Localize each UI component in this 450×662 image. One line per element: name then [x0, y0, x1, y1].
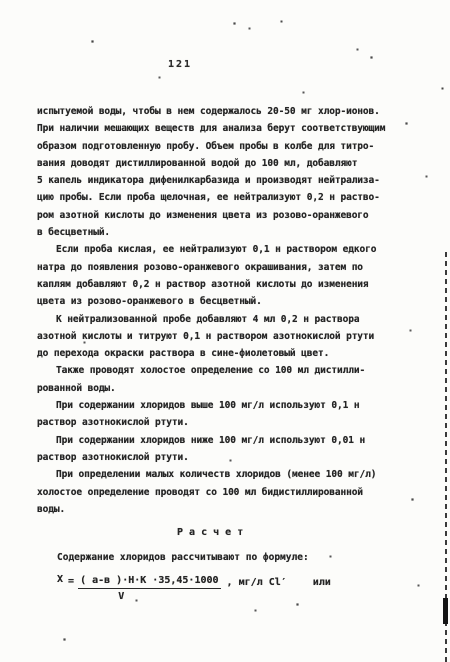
formula-intro: Содержание хлоридов рассчитывают по форм… — [57, 552, 309, 563]
text-line: натра до появления розово-оранжевого окр… — [37, 259, 399, 276]
formula-denominator: V — [118, 590, 124, 603]
text-line: ром азотной кислоты до изменения цвета и… — [37, 207, 399, 224]
section-header: Р а с ч е т — [177, 527, 243, 538]
formula-equals: = — [68, 576, 74, 587]
text-line: испытуемой воды, чтобы в нем содержалось… — [37, 103, 399, 120]
text-line: образом подготовленную пробу. Объем проб… — [37, 138, 399, 155]
text-line: При содержании хлоридов выше 100 мг/л ис… — [37, 397, 399, 414]
text-line: холостое определение проводят со 100 мл … — [37, 484, 399, 501]
text-line: При содержании хлоридов ниже 100 мг/л ис… — [37, 432, 399, 449]
text-line: воды. — [37, 501, 399, 518]
page-number: 121 — [168, 59, 192, 70]
text-line: азотной кислоты и титруют 0,1 н растворо… — [37, 328, 399, 345]
formula-fraction: ( а-в )·Н·К ·35,45·1000 V — [78, 574, 220, 603]
formula-units: , мг/л Сl′ — [227, 577, 287, 588]
formula-lhs: Х — [57, 574, 63, 585]
text-line: каплям добавляют 0,2 н раствор азотной к… — [37, 276, 399, 293]
text-line: цию пробы. Если проба щелочная, ее нейтр… — [37, 189, 399, 206]
text-line: цвета из розово-оранжевого в бесцветный. — [37, 293, 399, 310]
text-line: При наличии мешающих веществ для анализа… — [37, 120, 399, 137]
chloride-formula: Х = ( а-в )·Н·К ·35,45·1000 V , мг/л Сl′… — [57, 574, 331, 603]
text-line: Также проводят холостое определение со 1… — [37, 362, 399, 379]
text-line: в бесцветный. — [37, 224, 399, 241]
text-line: При определении малых количеств хлоридов… — [37, 466, 399, 483]
text-line: до перехода окраски раствора в сине-фиол… — [37, 345, 399, 362]
text-line: Если проба кислая, ее нейтрализуют 0,1 н… — [37, 241, 399, 258]
text-line: 5 капель индикатора дифенилкарбазида и п… — [37, 172, 399, 189]
formula-or-label: или — [313, 577, 331, 588]
text-line: вания доводят дистиллированной водой до … — [37, 155, 399, 172]
text-line: раствор азотнокислой ртути. — [37, 414, 399, 431]
body-text: испытуемой воды, чтобы в нем содержалось… — [37, 103, 399, 518]
document-page: 121 испытуемой воды, чтобы в нем содержа… — [0, 0, 450, 662]
text-line: рованной воды. — [37, 380, 399, 397]
text-line: К нейтрализованной пробе добавляют 4 мл … — [37, 311, 399, 328]
scan-noise-speckles — [0, 0, 1, 1]
formula-numerator: ( а-в )·Н·К ·35,45·1000 — [78, 574, 220, 589]
scan-edge-mark — [443, 598, 448, 624]
text-line: раствор азотнокислой ртути. — [37, 449, 399, 466]
